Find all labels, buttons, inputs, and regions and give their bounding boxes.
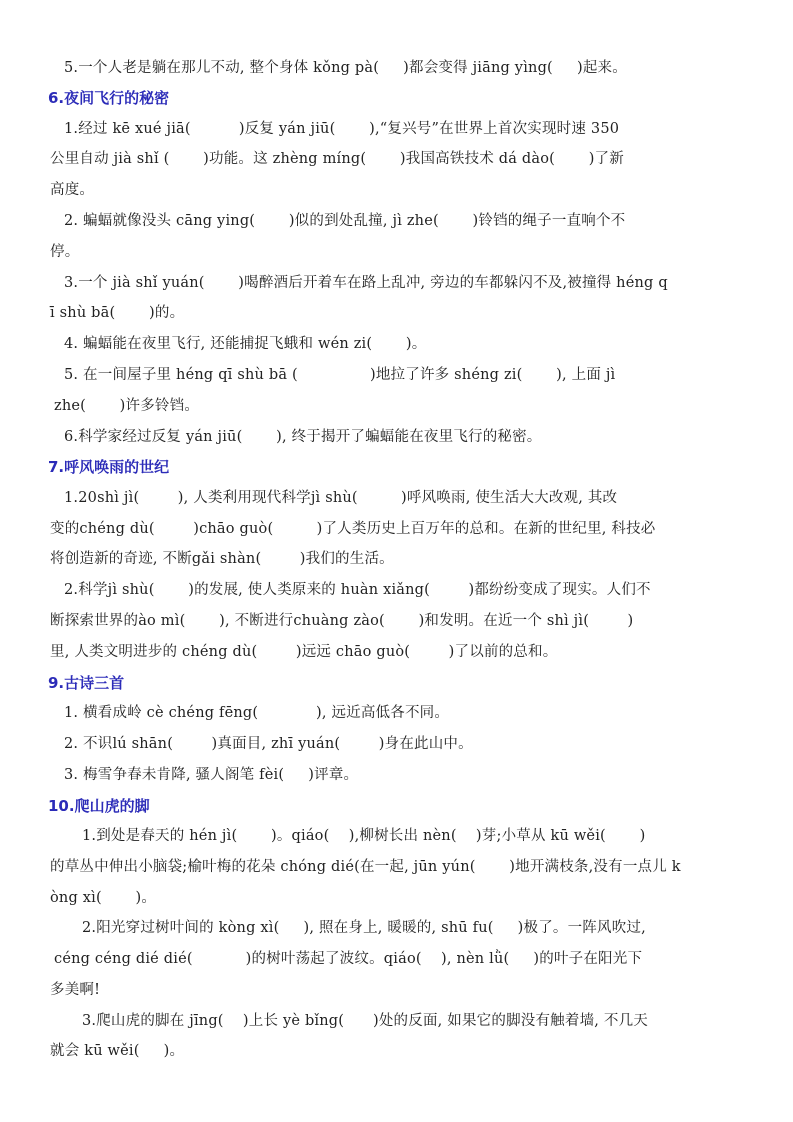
section-heading: 10.爬山虎的脚 <box>48 796 150 816</box>
exercise-line: 多美啊! <box>50 980 100 1000</box>
exercise-line: òng xì( )。 <box>50 888 156 908</box>
exercise-line: 4. 蝙蝠能在夜里飞行, 还能捕捉飞蛾和 wén zi( )。 <box>64 334 426 354</box>
exercise-line: 3. 梅雪争春未肯降, 骚人阁笔 fèi( )评章。 <box>64 765 358 785</box>
exercise-line: 1.到处是春天的 hén jì( )。qiáo( ),柳树长出 nèn( )芽;… <box>82 826 645 846</box>
worksheet-page: 5.一个人老是躺在那儿不动, 整个身体 kǒng pà( )都会变得 jiāng… <box>0 0 793 1122</box>
section-heading: 6.夜间飞行的秘密 <box>48 88 169 108</box>
exercise-line: 2.阳光穿过树叶间的 kòng xì( ), 照在身上, 暖暖的, shū fu… <box>82 918 646 938</box>
exercise-line: 停。 <box>50 242 79 262</box>
exercise-line: zhe( )许多铃铛。 <box>54 396 199 416</box>
exercise-line: 1.经过 kē xué jiā( )反复 yán jiū( ),“复兴号”在世界… <box>64 119 619 139</box>
exercise-line: ī shù bā( )的。 <box>50 303 184 323</box>
exercise-line: 3.一个 jià shǐ yuán( )喝醉酒后开着车在路上乱冲, 旁边的车都躲… <box>64 273 668 293</box>
exercise-line: 1.20shì jì( ), 人类利用现代科学jì shù( )呼风唤雨, 使生… <box>64 488 617 508</box>
section-heading: 7.呼风唤雨的世纪 <box>48 457 169 477</box>
exercise-line: 的草丛中伸出小脑袋;榆叶梅的花朵 chóng dié(在一起, jūn yún(… <box>50 857 681 877</box>
exercise-line: 高度。 <box>50 180 94 200</box>
exercise-line: 1. 横看成岭 cè chéng fēng( ), 远近高低各不同。 <box>64 703 449 723</box>
exercise-line: 就会 kū wěi( )。 <box>50 1041 184 1061</box>
section-heading: 9.古诗三首 <box>48 673 124 693</box>
exercise-line: 变的chéng dù( )chāo guò( )了人类历史上百万年的总和。在新的… <box>50 519 655 539</box>
exercise-line: 将创造新的奇迹, 不断gǎi shàn( )我们的生活。 <box>50 549 394 569</box>
exercise-line: 5. 在一间屋子里 héng qī shù bā ( )地拉了许多 shéng … <box>64 365 615 385</box>
exercise-line: 里, 人类文明进步的 chéng dù( )远远 chāo guò( )了以前的… <box>50 642 557 662</box>
exercise-line: 2. 蝙蝠就像没头 cāng ying( )似的到处乱撞, jì zhe( )铃… <box>64 211 625 231</box>
exercise-line: 5.一个人老是躺在那儿不动, 整个身体 kǒng pà( )都会变得 jiāng… <box>64 58 627 78</box>
exercise-line: 断探索世界的ào mì( ), 不断进行chuàng zào( )和发明。在近一… <box>50 611 633 631</box>
exercise-line: 公里自动 jià shǐ ( )功能。这 zhèng míng( )我国高铁技术… <box>50 149 624 169</box>
exercise-line: 2. 不识lú shān( )真面目, zhī yuán( )身在此山中。 <box>64 734 473 754</box>
exercise-line: 2.科学jì shù( )的发展, 使人类原来的 huàn xiǎng( )都纷… <box>64 580 651 600</box>
exercise-line: 3.爬山虎的脚在 jīng( )上长 yè bǐng( )处的反面, 如果它的脚… <box>82 1011 648 1031</box>
exercise-line: 6.科学家经过反复 yán jiū( ), 终于揭开了蝙蝠能在夜里飞行的秘密。 <box>64 427 542 447</box>
exercise-line: céng céng dié dié( )的树叶荡起了波纹。qiáo( ), nè… <box>54 949 642 969</box>
